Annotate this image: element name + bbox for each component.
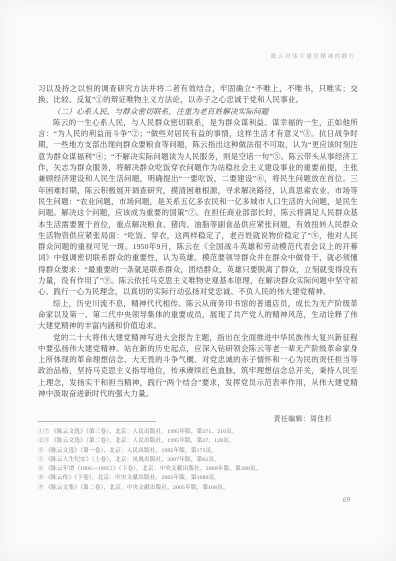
footnote-item: ④ 《陈云文选》（第一卷），北京：人民出版社，1995年版，第173页。	[38, 447, 358, 456]
footnote-list: ①⑦ 《陈云文选》（第三卷），北京：人民出版社，1995年版，第371、210页…	[38, 428, 358, 493]
footnote-item: ⑤ 《陈云人生纪实》（上卷），北京：凤凰出版社，2007年版，第62页。	[38, 456, 358, 465]
running-header: 陈云对伟大建党精神的践行	[271, 52, 356, 60]
article-body: 习以及持之以恒的调查研究方法并将二者有效结合，牢固确立“不唯上，不唯书，只唯实；…	[38, 83, 358, 426]
paragraph-continuation: 习以及持之以恒的调查研究方法并将二者有效结合，牢固确立“不唯上，不唯书，只唯实；…	[38, 83, 358, 106]
journal-page: 陈云对伟大建党精神的践行 习以及持之以恒的调查研究方法并将二者有效结合，牢固确立…	[0, 0, 396, 561]
paragraph-summary: 综上，历史川流不息，精神代代相传。陈云从商务印书馆的普通店员，成长为无产阶级革命…	[38, 298, 358, 332]
footnote-item: ①⑦ 《陈云文选》（第三卷），北京：人民出版社，1995年版，第371、210页…	[38, 428, 358, 437]
section-heading: （二）心系人民，与群众密切联系，注重为老百姓解决实际问题	[38, 106, 358, 117]
footnote-item: ⑧ 《陈云传》（下卷），北京：中央文献出版社，2005年版，第1089页。	[38, 474, 358, 483]
footnote-item: ⑨ 《陈云文集》（第二卷），北京：中央文献出版社，2005年版，第168页。	[38, 484, 358, 493]
paragraph-closing: 党的二十大将伟大建党精神写进大会报告主题，指出在全面推进中华民族伟大复兴新征程中…	[38, 332, 358, 400]
page-number: 69	[343, 496, 350, 504]
paragraph-main: 陈云的一生心系人民，与人民群众密切联系，是为群众谋利益、谋幸福的一生，正如他所言…	[38, 117, 358, 298]
footnote-block: ①⑦ 《陈云文选》（第三卷），北京：人民出版社，1995年版，第371、210页…	[38, 421, 358, 493]
footnote-separator	[38, 421, 156, 422]
footnote-item: ②③ 《陈云文选》（第二卷），北京：人民出版社，1995年版，第27、128页。	[38, 437, 358, 446]
footnote-item: ⑥ 《陈云年谱（1905—1995）》（下卷），北京：中央文献出版社，2000年…	[38, 465, 358, 474]
